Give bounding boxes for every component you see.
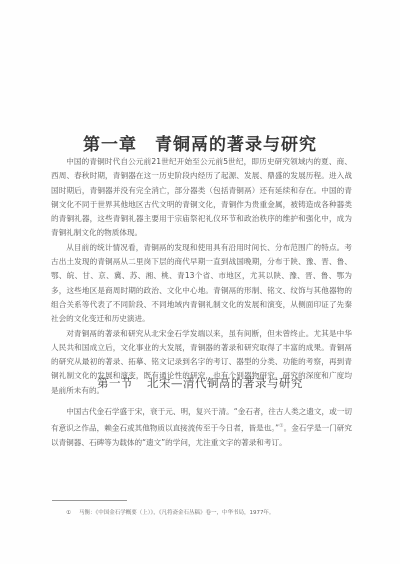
section-title: 北宋—清代铜鬲的著录与研究 <box>147 376 303 390</box>
chapter-intro-text: 中国的青铜时代自公元前21世纪开始至公元前5世纪，即历史研究领域内的夏、商、西周… <box>51 155 352 398</box>
section-body-text: 中国古代金石学盛于宋，衰于元、明，复兴于清。“金石者，往古人类之遗文，或一切有意… <box>51 405 352 450</box>
footnote-divider <box>52 500 127 501</box>
paragraph: 从目前的统计情况看，青铜鬲的发现和使用具有沿用时间长、分布范围广的特点。考古出土… <box>51 241 352 327</box>
chapter-title: 青铜鬲的著录与研究 <box>155 135 317 155</box>
footnote: ①马衡：《中国金石学概要（上）》，《凡将斋金石丛稿》卷一，中华书局，1977年。 <box>66 508 366 516</box>
paragraph: 中国的青铜时代自公元前21世纪开始至公元前5世纪，即历史研究领域内的夏、商、西周… <box>51 155 352 241</box>
section-number: 第一节 <box>97 376 133 390</box>
book-page: 第一章青铜鬲的著录与研究 中国的青铜时代自公元前21世纪开始至公元前5世纪，即历… <box>0 0 400 564</box>
paragraph: 中国古代金石学盛于宋，衰于元、明，复兴于清。“金石者，往古人类之遗文，或一切有意… <box>51 405 352 450</box>
footnote-text: 马衡：《中国金石学概要（上）》，《凡将斋金石丛稿》卷一，中华书局，1977年。 <box>79 510 275 516</box>
footnote-mark: ① <box>66 510 71 516</box>
chapter-heading: 第一章青铜鬲的著录与研究 <box>0 130 400 155</box>
section-heading: 第一节北宋—清代铜鬲的著录与研究 <box>0 375 400 391</box>
chapter-number: 第一章 <box>83 135 137 155</box>
